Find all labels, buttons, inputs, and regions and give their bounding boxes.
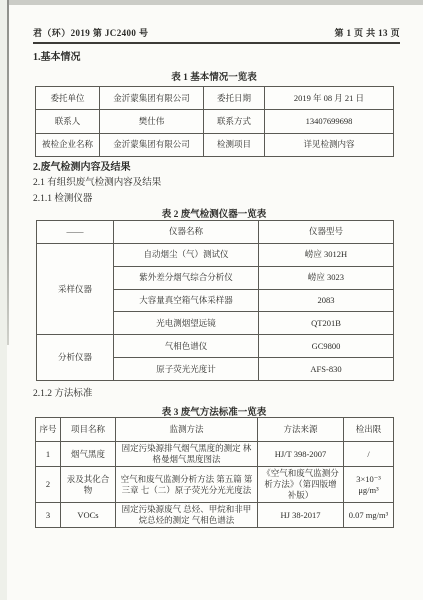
header-cell: 项目名称 [61,418,116,442]
group-label-cell: 采样仪器 [37,243,114,334]
header-cell: 序号 [36,418,61,442]
instrument-model-cell: AFS-830 [259,358,394,381]
table-row: 分析仪器 气相色谱仪 GC9800 [37,335,394,358]
instrument-model-cell: GC9800 [259,335,394,358]
table2-caption: 表 2 废气检测仪器一览表 [35,206,393,220]
document-header: 君（环）2019 第 JC2400 号 第 1 页 共 13 页 [33,26,400,44]
method-standard-table: 序号 项目名称 监测方法 方法来源 检出限 1 烟气黑度 固定污染源排气烟气黑度… [35,417,394,528]
page-indicator: 第 1 页 共 13 页 [334,26,400,39]
header-cell: 检出限 [344,418,394,442]
table-row: 被检企业名称 金沂蒙集团有限公司 检测项目 详见检测内容 [36,133,394,156]
table-row: 委托单位 金沂蒙集团有限公司 委托日期 2019 年 08 月 21 日 [36,87,394,110]
row-label-cell: 检测项目 [204,133,265,156]
table1-caption: 表 1 基本情况一览表 [35,69,393,83]
row-label-cell: 联系方式 [204,110,265,133]
item-cell: 汞及其化合物 [61,467,116,503]
table-row: 3 VOCs 固定污染源废气 总烃、甲烷和非甲烷总烃的测定 气相色谱法 HJ 3… [36,503,394,528]
table3-caption: 表 3 废气方法标准一览表 [35,404,393,418]
section-2-1-heading: 2.1 有组织废气检测内容及结果 [33,174,161,188]
limit-cell: 3×10⁻³ μg/m³ [344,467,394,503]
value-cell: 金沂蒙集团有限公司 [100,87,204,110]
source-cell: 《空气和废气监测分析方法》（第四版增补版） [258,467,344,503]
serial-cell: 1 [36,442,61,467]
instrument-model-cell: QT201B [259,312,394,335]
value-cell: 金沂蒙集团有限公司 [100,133,204,156]
limit-cell: 0.07 mg/m³ [344,503,394,528]
section-1-heading: 1.基本情况 [33,48,81,63]
scan-left-margin [0,0,7,600]
scanned-document-page: 君（环）2019 第 JC2400 号 第 1 页 共 13 页 1.基本情况 … [0,0,423,600]
instrument-name-cell: 气相色谱仪 [114,335,259,358]
serial-cell: 2 [36,467,61,503]
header-cell: 方法来源 [258,418,344,442]
instrument-name-cell: 紫外差分烟气综合分析仪 [114,266,259,289]
table-row: 1 烟气黑度 固定污染源排气烟气黑度的测定 林格曼烟气黑度图法 HJ/T 398… [36,442,394,467]
item-cell: 烟气黑度 [61,442,116,467]
header-cell: 仪器名称 [114,221,259,244]
instrument-model-cell: 崂应 3023 [259,266,394,289]
value-cell: 13407699698 [265,110,394,133]
value-cell: 樊仕伟 [100,110,204,133]
section-2-1-1-heading: 2.1.1 检测仪器 [33,190,92,204]
instrument-name-cell: 光电测烟望远镜 [114,312,259,335]
instrument-model-cell: 崂应 3012H [259,243,394,266]
serial-cell: 3 [36,503,61,528]
scan-left-edge-line [7,0,9,345]
method-cell: 固定污染源排气烟气黑度的测定 林格曼烟气黑度图法 [116,442,258,467]
value-cell: 详见检测内容 [265,133,394,156]
instrument-name-cell: 大容量真空箱气体采样器 [114,289,259,312]
row-label-cell: 被检企业名称 [36,133,100,156]
item-cell: VOCs [61,503,116,528]
basic-info-table: 委托单位 金沂蒙集团有限公司 委托日期 2019 年 08 月 21 日 联系人… [35,86,394,157]
table-header-row: —— 仪器名称 仪器型号 [37,221,394,244]
header-cell: 仪器型号 [259,221,394,244]
instrument-name-cell: 原子荧光光度计 [114,358,259,381]
group-label-cell: 分析仪器 [37,335,114,381]
instrument-name-cell: 自动烟尘（气）测试仪 [114,243,259,266]
source-cell: HJ/T 398-2007 [258,442,344,467]
scan-top-edge [0,0,423,5]
value-cell: 2019 年 08 月 21 日 [265,87,394,110]
table-row: 2 汞及其化合物 空气和废气监测分析方法 第五篇 第三章 七（二）原子荧光分光光… [36,467,394,503]
instrument-model-cell: 2083 [259,289,394,312]
instrument-table: —— 仪器名称 仪器型号 采样仪器 自动烟尘（气）测试仪 崂应 3012H 紫外… [36,220,394,381]
table-row: 联系人 樊仕伟 联系方式 13407699698 [36,110,394,133]
table-header-row: 序号 项目名称 监测方法 方法来源 检出限 [36,418,394,442]
section-2-heading: 2.废气检测内容及结果 [33,158,131,173]
row-label-cell: 委托日期 [204,87,265,110]
section-2-1-2-heading: 2.1.2 方法标准 [33,385,92,399]
row-label-cell: 委托单位 [36,87,100,110]
table-row: 采样仪器 自动烟尘（气）测试仪 崂应 3012H [37,243,394,266]
method-cell: 固定污染源废气 总烃、甲烷和非甲烷总烃的测定 气相色谱法 [116,503,258,528]
doc-number: 君（环）2019 第 JC2400 号 [33,26,148,39]
row-label-cell: 联系人 [36,110,100,133]
method-cell: 空气和废气监测分析方法 第五篇 第三章 七（二）原子荧光分光光度法 [116,467,258,503]
header-cell: —— [37,221,114,244]
source-cell: HJ 38-2017 [258,503,344,528]
limit-cell: / [344,442,394,467]
header-cell: 监测方法 [116,418,258,442]
